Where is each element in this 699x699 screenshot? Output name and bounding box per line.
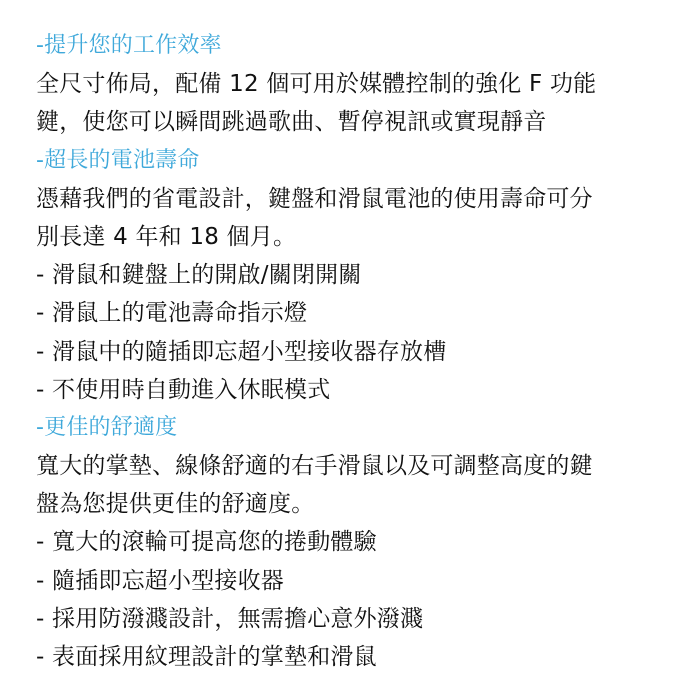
paragraph-line: 盤為您提供更佳的舒適度。 [36, 485, 676, 523]
bullet-item: - 不使用時自動進入休眠模式 [36, 371, 676, 409]
bullet-item: - 滑鼠和鍵盤上的開啟/關閉開關 [36, 256, 676, 294]
bullet-item: - 表面採用紋理設計的掌墊和滑鼠 [36, 638, 676, 676]
bullet-item: - 隨插即忘超小型接收器 [36, 562, 676, 600]
section-productivity: -提升您的工作效率 全尺寸佈局，配備 12 個可用於媒體控制的強化 F 功能 鍵… [36, 27, 676, 142]
bullet-item: - 滑鼠上的電池壽命指示燈 [36, 294, 676, 332]
bullet-item: - 採用防潑濺設計，無需擔心意外潑濺 [36, 600, 676, 638]
bullet-item: - 寬大的滾輪可提高您的捲動體驗 [36, 523, 676, 561]
bullet-item: - 滑鼠中的隨插即忘超小型接收器存放槽 [36, 333, 676, 371]
paragraph-line: 鍵，使您可以瞬間跳過歌曲、暫停視訊或實現靜音 [36, 103, 676, 141]
product-description: -提升您的工作效率 全尺寸佈局，配備 12 個可用於媒體控制的強化 F 功能 鍵… [36, 27, 676, 676]
section-heading: -提升您的工作效率 [36, 27, 676, 65]
section-heading: -超長的電池壽命 [36, 142, 676, 180]
section-battery-life: -超長的電池壽命 憑藉我們的省電設計，鍵盤和滑鼠電池的使用壽命可分 別長達 4 … [36, 142, 676, 409]
section-comfort: -更佳的舒適度 寬大的掌墊、線條舒適的右手滑鼠以及可調整高度的鍵 盤為您提供更佳… [36, 409, 676, 676]
paragraph-line: 全尺寸佈局，配備 12 個可用於媒體控制的強化 F 功能 [36, 65, 676, 103]
paragraph-line: 別長達 4 年和 18 個月。 [36, 218, 676, 256]
section-heading: -更佳的舒適度 [36, 409, 676, 447]
paragraph-line: 寬大的掌墊、線條舒適的右手滑鼠以及可調整高度的鍵 [36, 447, 676, 485]
paragraph-line: 憑藉我們的省電設計，鍵盤和滑鼠電池的使用壽命可分 [36, 180, 676, 218]
